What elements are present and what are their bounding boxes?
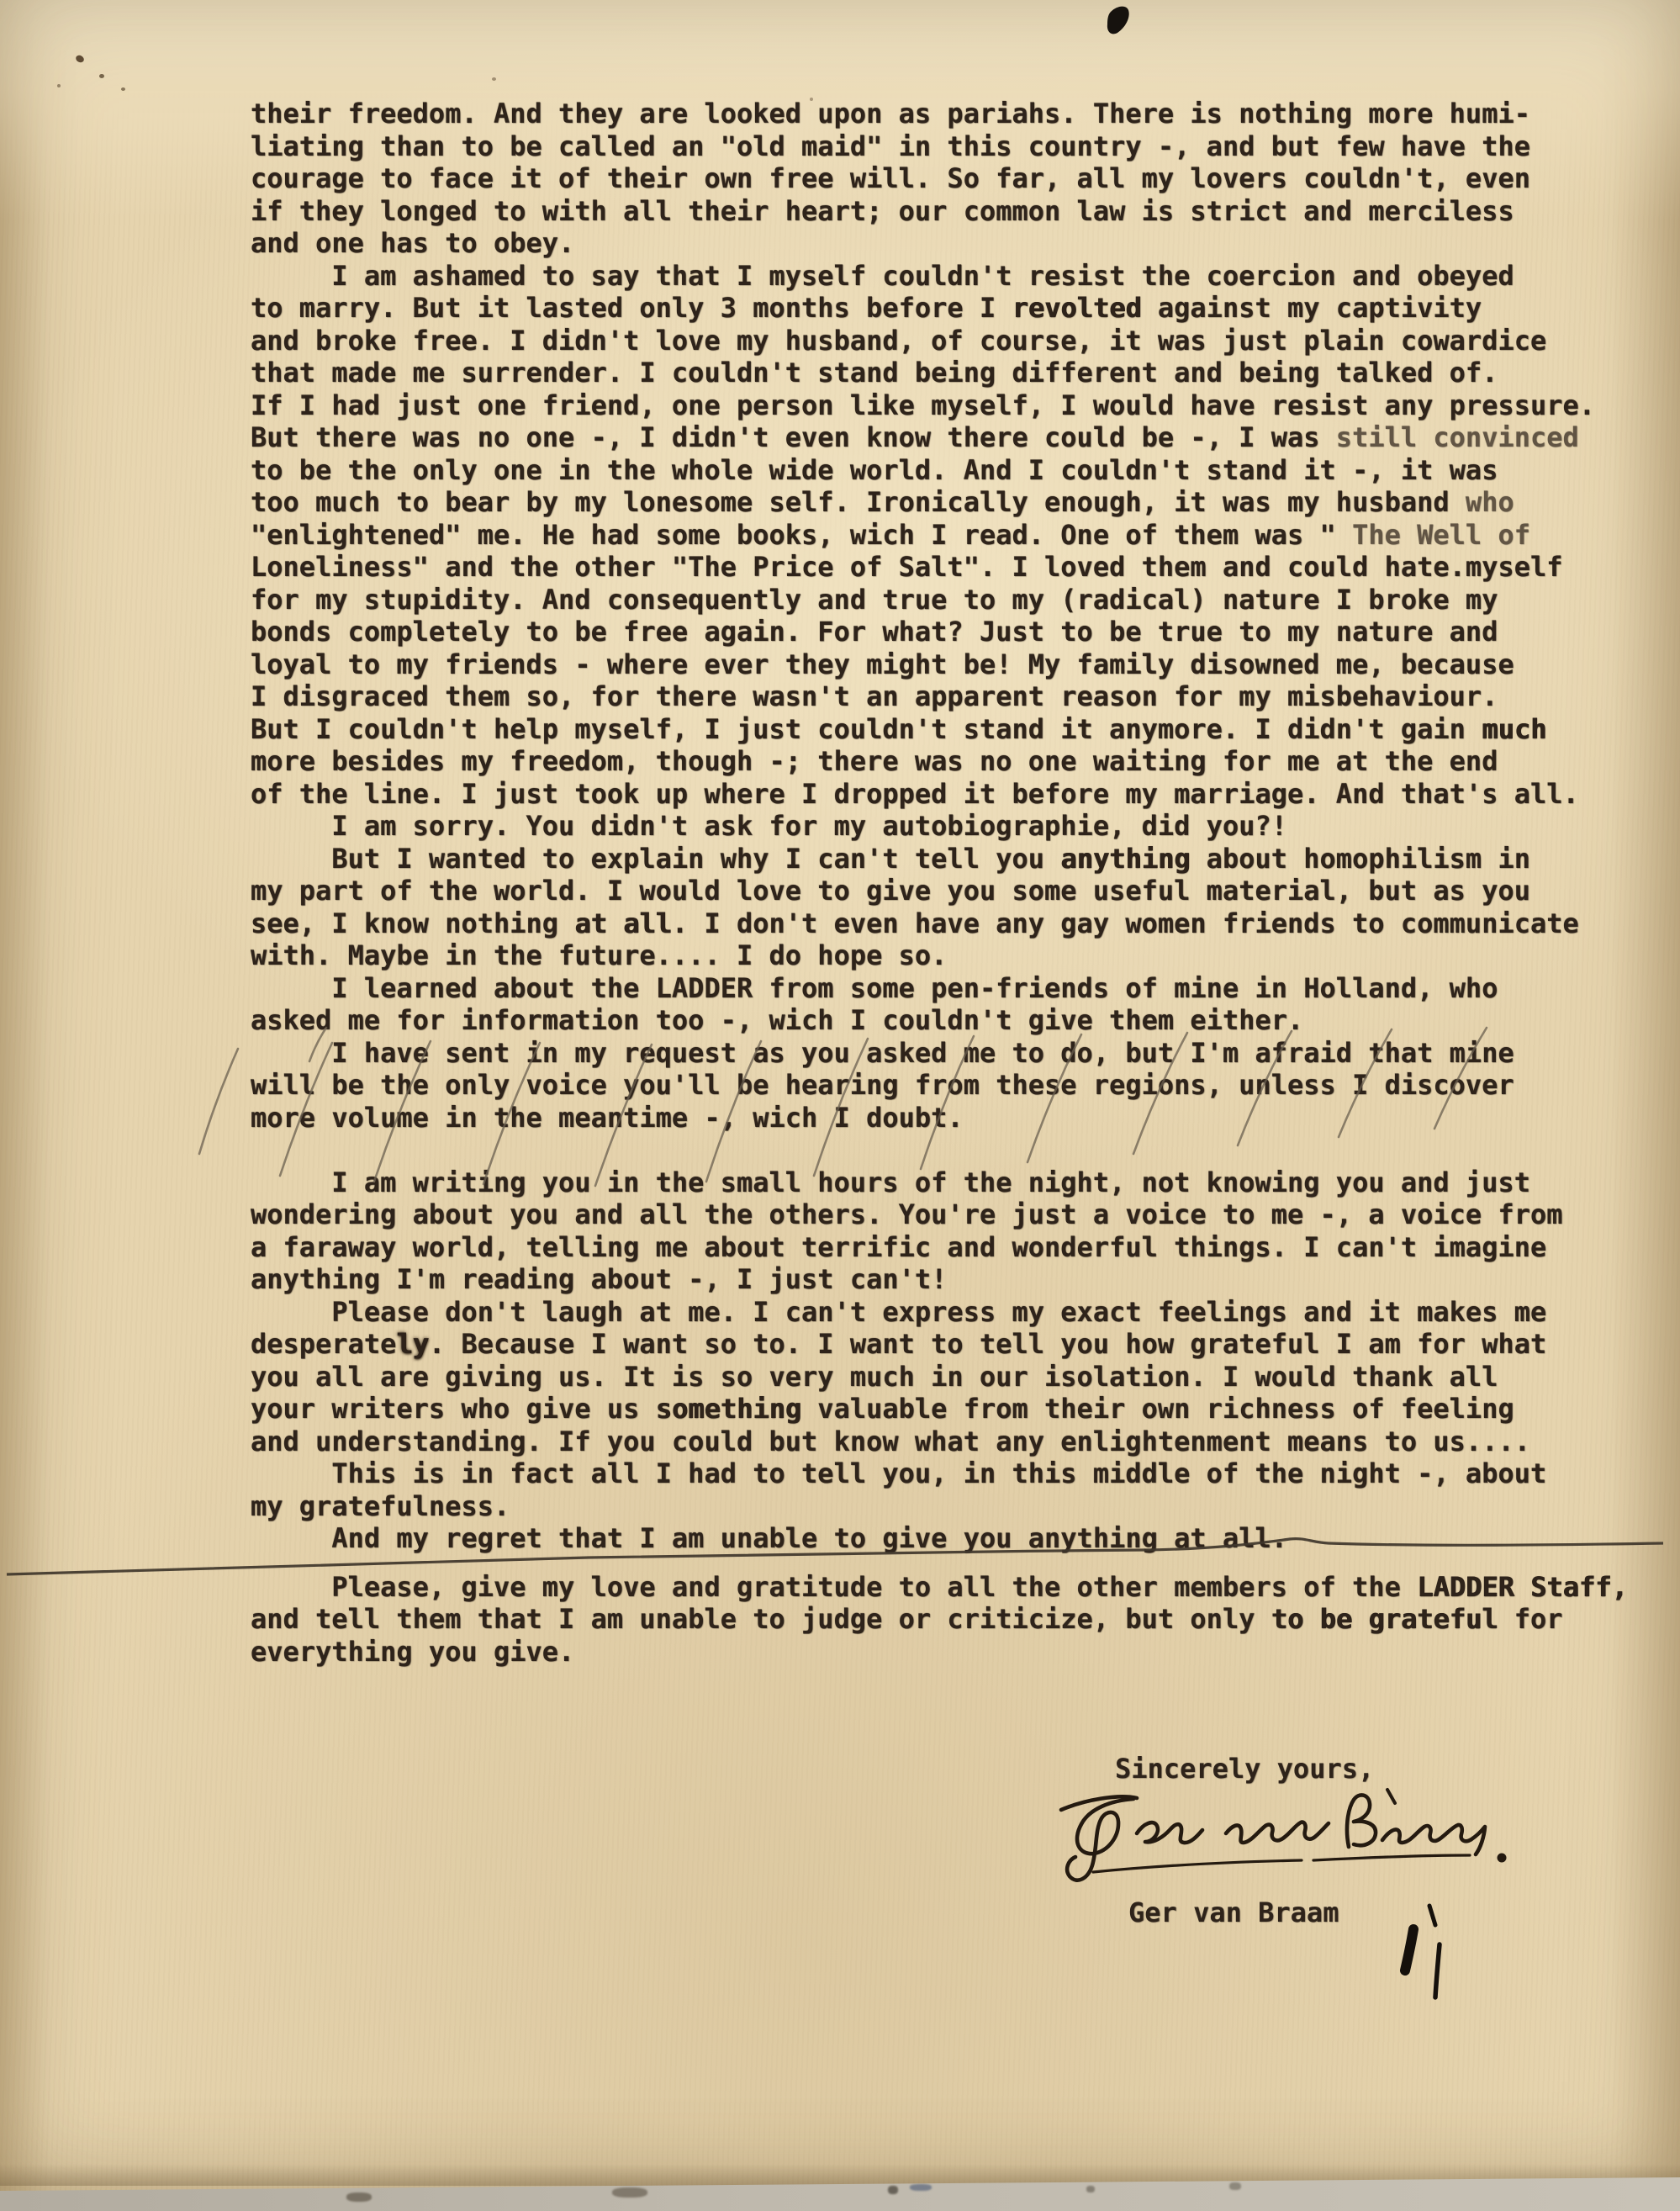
letter-line: to marry. But it lasted only 3 months be… [251,292,1628,325]
letter-line: my gratefulness. [251,1490,1628,1523]
letter-line: that made me surrender. I couldn't stand… [251,357,1628,389]
letter-line: I disgraced them so, for there wasn't an… [251,680,1628,713]
letter-text-segment: anything [1060,843,1190,875]
letter-line: your writers who give us something valua… [251,1393,1628,1426]
letter-line: anything I'm reading about -, I just can… [251,1263,1628,1296]
paper-speck [99,74,104,78]
letter-line: too much to bear by my lonesome self. Ir… [251,486,1628,519]
letter-line: a faraway world, telling me about terrif… [251,1231,1628,1264]
letter-text-segment: still convinced [1336,421,1579,453]
letter-line: to be the only one in the whole wide wor… [251,454,1628,487]
letter-line: But there was no one -, I didn't even kn… [251,421,1628,454]
letter-line: my part of the world. I would love to gi… [251,875,1628,907]
letter-line: But I couldn't help myself, I just could… [251,713,1628,746]
letter-line: more besides my freedom, though -; there… [251,745,1628,778]
typed-signature-name: Ger van Braam [1128,1896,1339,1929]
letter-line: see, I know nothing at all. I don't even… [251,907,1628,940]
letter-line: their freedom. And they are looked upon … [251,98,1628,130]
letter-line: bonds completely to be free again. For w… [251,616,1628,648]
letter-line: and one has to obey. [251,227,1628,260]
paper-speck [810,98,813,101]
letter-line: I am writing you in the small hours of t… [251,1166,1628,1199]
letter-line: desperately. Because I want so to. I wan… [251,1328,1628,1361]
letter-line: and broke free. I didn't love my husband… [251,325,1628,357]
letter-line: more volume in the meantime -, wich I do… [251,1102,1628,1135]
signature-underline [1093,1855,1470,1872]
letter-line: I have sent in my request as you asked m… [251,1037,1628,1070]
faint-pencil-smudge [888,2186,898,2194]
letter-line: and understanding. If you could but know… [251,1426,1628,1458]
letter-text-segment: something [656,1393,801,1425]
corner-ink-mark [1107,7,1129,34]
paper-speck [75,54,86,64]
letter-line: wondering about you and all the others. … [251,1198,1628,1231]
letter-line: Please don't laugh at me. I can't expres… [251,1296,1628,1329]
letter-text-segment: at all [574,907,672,939]
letter-line: I learned about the LADDER from some pen… [251,972,1628,1005]
faint-pencil-smudge [346,2192,372,2202]
letter-text-segment: much [1482,713,1546,745]
faint-pencil-smudge [612,2187,647,2198]
letter-line: you all are giving us. It is so very muc… [251,1361,1628,1394]
letter-line: But I wanted to explain why I can't tell… [251,843,1628,875]
letter-text-segment: ly [396,1328,429,1360]
letter-line: of the line. I just took up where I drop… [251,778,1628,811]
ink-blot-strokes [1405,1906,1440,1997]
letter-line: asked me for information too -, wich I c… [251,1004,1628,1037]
letter-line: If I had just one friend, one person lik… [251,389,1628,422]
letter-page: their freedom. And they are looked upon … [0,0,1680,2211]
paper-speck [121,87,125,91]
letter-line: with. Maybe in the future.... I do hope … [251,939,1628,972]
letter-line: if they longed to with all their heart; … [251,195,1628,228]
letter-text-segment: to be grateful [1271,1603,1498,1635]
letter-text-segment: LADDER Staff, [1417,1571,1627,1603]
letter-text-segment: revolted [1012,292,1141,324]
letter-text-segment: The Well of [1352,519,1530,551]
letter-line: everything you give. [251,1636,1628,1669]
faint-pencil-smudge [1229,2182,1241,2190]
letter-line: Please, give my love and gratitude to al… [251,1571,1628,1604]
letter-line: Loneliness" and the other "The Price of … [251,551,1628,584]
letter-line: liating than to be called an "old maid" … [251,130,1628,163]
faint-pencil-smudge [1086,2186,1095,2192]
letter-body: their freedom. And they are looked upon … [251,98,1628,1668]
paper-speck [492,77,496,81]
letter-line: will be the only voice you'll be hearing… [251,1069,1628,1102]
letter-line: This is in fact all I had to tell you, i… [251,1457,1628,1490]
letter-line: I am sorry. You didn't ask for my autobi… [251,810,1628,843]
letter-line: I am ashamed to say that I myself couldn… [251,260,1628,293]
letter-line: "enlightened" me. He had some books, wic… [251,519,1628,552]
closing-salutation: Sincerely yours, [1115,1753,1374,1785]
handwritten-signature [1061,1790,1507,1880]
letter-line: and tell them that I am unable to judge … [251,1603,1628,1636]
letter-line: loyal to my friends - where ever they mi… [251,648,1628,681]
letter-line: courage to face it of their own free wil… [251,162,1628,195]
letter-line: And my regret that I am unable to give y… [251,1522,1628,1555]
letter-line: for my stupidity. And consequently and t… [251,584,1628,616]
faint-ink-smudge [910,2184,932,2191]
paper-speck [57,84,61,87]
letter-text-segment: who [1466,486,1514,518]
